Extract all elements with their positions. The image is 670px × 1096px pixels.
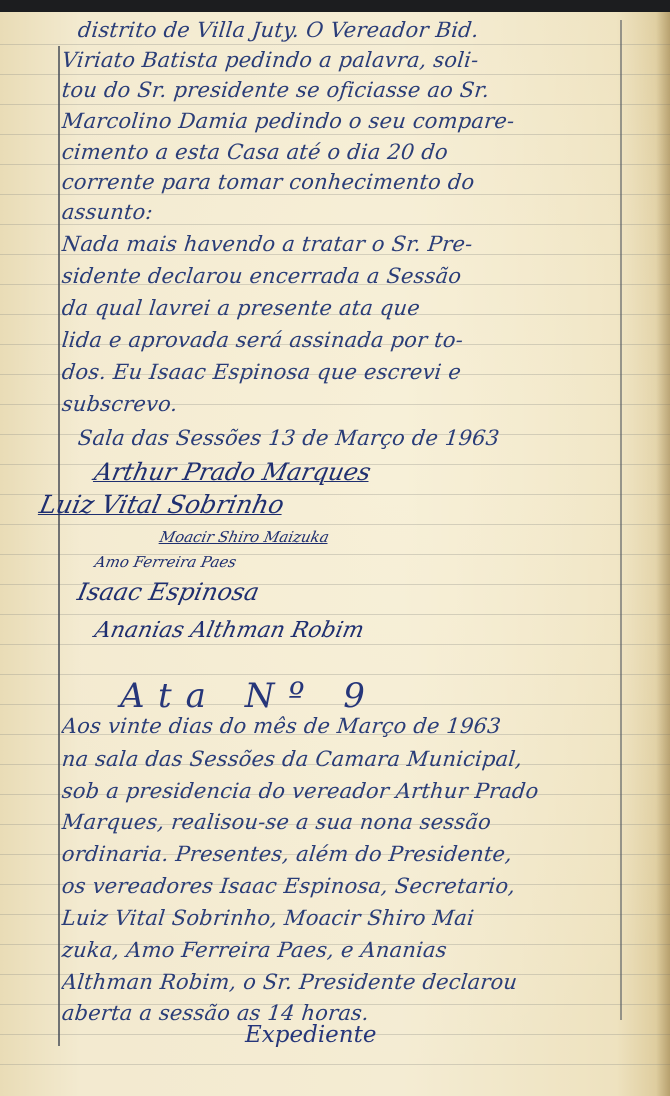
handwritten-line: Marcolino Damia pedindo o seu compare-: [61, 107, 624, 135]
handwritten-line: Luiz Vital Sobrinho, Moacir Shiro Mai: [61, 904, 624, 932]
handwritten-line: Nada mais havendo a tratar o Sr. Pre-: [61, 230, 624, 258]
handwritten-line: ordinaria. Presentes, além do Presidente…: [61, 840, 624, 868]
handwritten-line: Aos vinte dias do mês de Março de 1963: [61, 712, 624, 740]
handwritten-line: Althman Robim, o Sr. Presidente declarou: [61, 968, 624, 996]
handwritten-line: subscrevo.: [61, 390, 624, 418]
handwritten-line: distrito de Villa Juty. O Vereador Bid.: [77, 16, 640, 44]
handwritten-line: assunto:: [61, 198, 624, 226]
ruled-line: [0, 74, 670, 75]
handwritten-line: os vereadores Isaac Espinosa, Secretario…: [61, 872, 624, 900]
handwritten-line: sidente declarou encerrada a Sessão: [61, 262, 624, 290]
handwritten-line: tou do Sr. presidente se oficiasse ao Sr…: [61, 76, 624, 104]
handwritten-line: da qual lavrei a presente ata que: [61, 294, 624, 322]
ruled-line: [0, 674, 670, 675]
window-top-bar: [0, 0, 670, 12]
signature: Luiz Vital Sobrinho: [37, 490, 287, 519]
ruled-line: [0, 44, 670, 45]
handwritten-line: zuka, Amo Ferreira Paes, e Ananias: [61, 936, 624, 964]
signature: Arthur Prado Marques: [92, 458, 373, 486]
signature: Moacir Shiro Maizuka: [158, 528, 331, 546]
ruled-line: [0, 104, 670, 105]
handwritten-line: Viriato Batista pedindo a palavra, soli-: [61, 46, 624, 74]
handwritten-line: cimento a esta Casa até o dia 20 do: [61, 138, 624, 166]
handwritten-line: na sala das Sessões da Camara Municipal,: [61, 745, 624, 773]
handwritten-line: lida e aprovada será assinada por to-: [61, 326, 624, 354]
handwritten-line: corrente para tomar conhecimento do: [61, 168, 624, 196]
ruled-line: [0, 614, 670, 615]
ruled-line: [0, 524, 670, 525]
ruled-line: [0, 644, 670, 645]
signature: Isaac Espinosa: [75, 578, 262, 606]
handwritten-line: dos. Eu Isaac Espinosa que escrevi e: [61, 358, 624, 386]
section-subheading: Expediente: [245, 1022, 376, 1048]
handwritten-line: Marques, realisou-se a sua nona sessão: [61, 808, 624, 836]
signature: Amo Ferreira Paes: [93, 553, 238, 571]
page-edge-shadow: [656, 12, 670, 1096]
left-margin-line: [58, 46, 60, 1046]
closing-date-line: Sala das Sessões 13 de Março de 1963: [77, 424, 640, 452]
signature: Ananias Althman Robim: [92, 618, 366, 643]
handwritten-line: sob a presidencia do vereador Arthur Pra…: [61, 777, 624, 805]
ruled-line: [0, 1064, 670, 1065]
minutes-heading: Ata Nº 9: [120, 676, 379, 716]
